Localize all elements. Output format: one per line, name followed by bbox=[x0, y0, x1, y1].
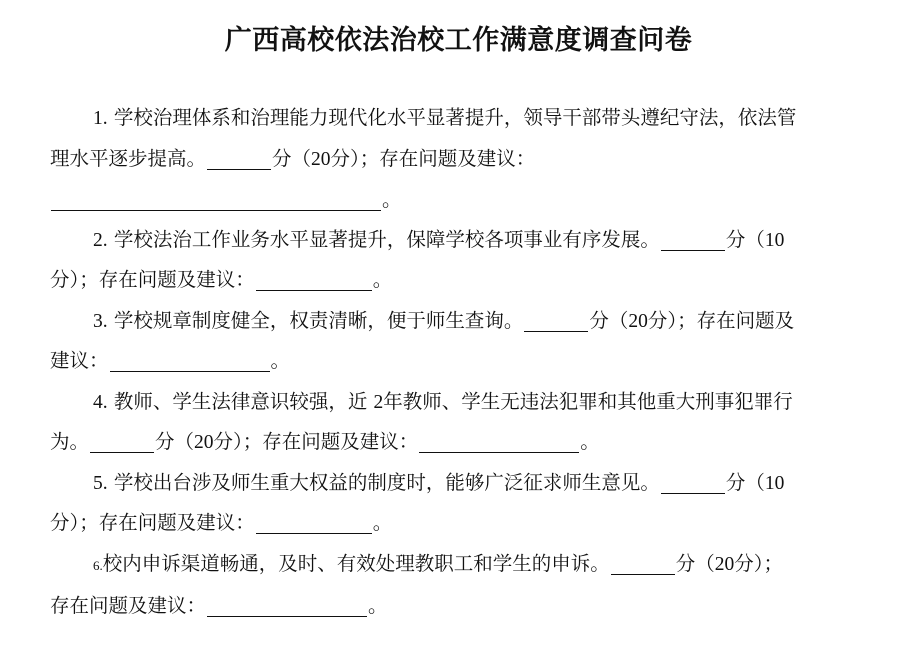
question-2-line-1: 2. 学校法治工作业务水平显著提升，保障学校各项事业有序发展。分（10 bbox=[93, 227, 784, 254]
question-number-inline: 2 bbox=[374, 392, 384, 413]
score-blank[interactable] bbox=[661, 230, 725, 251]
max-score: 10 bbox=[765, 473, 785, 494]
question-4-line-1: 4. 教师、学生法律意识较强，近 2年教师、学生无违法犯罪和其他重大刑事犯罪行 bbox=[93, 389, 793, 416]
question-6-line-2: 存在问题及建议：。 bbox=[50, 593, 388, 619]
score-unit: 分（ bbox=[155, 430, 194, 453]
suggestion-label: 分）；存在问题及建议： bbox=[331, 147, 536, 170]
suggestion-blank[interactable] bbox=[256, 513, 372, 534]
suggestion-label: 分）；存在问题及建议： bbox=[50, 511, 255, 534]
score-blank[interactable] bbox=[611, 554, 675, 575]
max-score: 20 bbox=[628, 311, 648, 332]
suggestion-label: 建议： bbox=[50, 349, 109, 372]
score-blank[interactable] bbox=[524, 311, 588, 332]
question-text: 校内申诉渠道畅通，及时、有效处理教职工和学生的申诉。 bbox=[103, 552, 610, 575]
question-5-line-1: 5. 学校出台涉及师生重大权益的制度时，能够广泛征求师生意见。分（10 bbox=[93, 470, 784, 497]
suggestion-label: 存在问题及建议： bbox=[50, 594, 206, 617]
question-number: 3. bbox=[93, 311, 108, 332]
question-number: 1. bbox=[93, 108, 108, 129]
score-unit: 分（ bbox=[726, 228, 765, 251]
suggestion-blank[interactable] bbox=[419, 432, 579, 453]
score-close: 分）； bbox=[734, 552, 783, 575]
question-text: 年教师、学生无违法犯罪和其他重大刑事犯罪行 bbox=[383, 390, 793, 413]
score-blank[interactable] bbox=[661, 473, 725, 494]
score-blank[interactable] bbox=[207, 149, 271, 170]
suggestion-blank[interactable] bbox=[256, 270, 372, 291]
question-number: 6. bbox=[93, 558, 103, 573]
question-6-line-1: 6.校内申诉渠道畅通，及时、有效处理教职工和学生的申诉。分（20分）； bbox=[93, 551, 783, 579]
score-unit: 分（ bbox=[676, 552, 715, 575]
question-1-line-1: 1. 学校治理体系和治理能力现代化水平显著提升，领导干部带头遵纪守法，依法管 bbox=[93, 105, 796, 132]
period: 。 bbox=[373, 511, 393, 534]
score-unit: 分（ bbox=[589, 309, 628, 332]
suggestion-blank[interactable] bbox=[110, 351, 270, 372]
question-text: 学校规章制度健全，权责清晰，便于师生查询。 bbox=[114, 309, 524, 332]
question-1-line-2: 理水平逐步提高。分（20分）；存在问题及建议： bbox=[50, 146, 535, 173]
score-unit: 分（ bbox=[726, 471, 765, 494]
question-1-line-3: 。 bbox=[50, 187, 402, 213]
suggestion-label: 分）；存在问题及建议： bbox=[50, 268, 255, 291]
question-text: 学校出台涉及师生重大权益的制度时，能够广泛征求师生意见。 bbox=[114, 471, 660, 494]
suggestion-label: 分）；存在问题及建议： bbox=[214, 430, 419, 453]
suggestion-blank[interactable] bbox=[207, 596, 367, 617]
max-score: 20 bbox=[194, 432, 214, 453]
question-3-line-2: 建议：。 bbox=[50, 348, 290, 374]
score-blank[interactable] bbox=[90, 432, 154, 453]
suggestion-label: 分）；存在问题及 bbox=[648, 309, 794, 332]
period: 。 bbox=[580, 430, 600, 453]
question-5-line-2: 分）；存在问题及建议：。 bbox=[50, 510, 392, 536]
page-title: 广西高校依法治校工作满意度调查问卷 bbox=[0, 18, 917, 57]
question-text: 教师、学生法律意识较强，近 bbox=[114, 390, 368, 413]
suggestion-blank[interactable] bbox=[51, 190, 381, 211]
question-text: 为。 bbox=[50, 430, 89, 453]
period: 。 bbox=[271, 349, 291, 372]
question-number: 5. bbox=[93, 473, 108, 494]
period: 。 bbox=[368, 594, 388, 617]
max-score: 20 bbox=[311, 149, 331, 170]
question-text: 学校治理体系和治理能力现代化水平显著提升，领导干部带头遵纪守法，依法管 bbox=[114, 106, 797, 129]
question-number: 2. bbox=[93, 230, 108, 251]
question-text: 学校法治工作业务水平显著提升，保障学校各项事业有序发展。 bbox=[114, 228, 660, 251]
question-number: 4. bbox=[93, 392, 108, 413]
score-unit: 分（ bbox=[272, 147, 311, 170]
period: 。 bbox=[382, 188, 402, 211]
period: 。 bbox=[373, 268, 393, 291]
max-score: 10 bbox=[765, 230, 785, 251]
question-text: 理水平逐步提高。 bbox=[50, 147, 206, 170]
max-score: 20 bbox=[715, 554, 735, 575]
question-2-line-2: 分）；存在问题及建议：。 bbox=[50, 267, 392, 293]
question-4-line-2: 为。分（20分）；存在问题及建议：。 bbox=[50, 429, 600, 456]
question-3-line-1: 3. 学校规章制度健全，权责清晰，便于师生查询。分（20分）；存在问题及 bbox=[93, 308, 794, 335]
